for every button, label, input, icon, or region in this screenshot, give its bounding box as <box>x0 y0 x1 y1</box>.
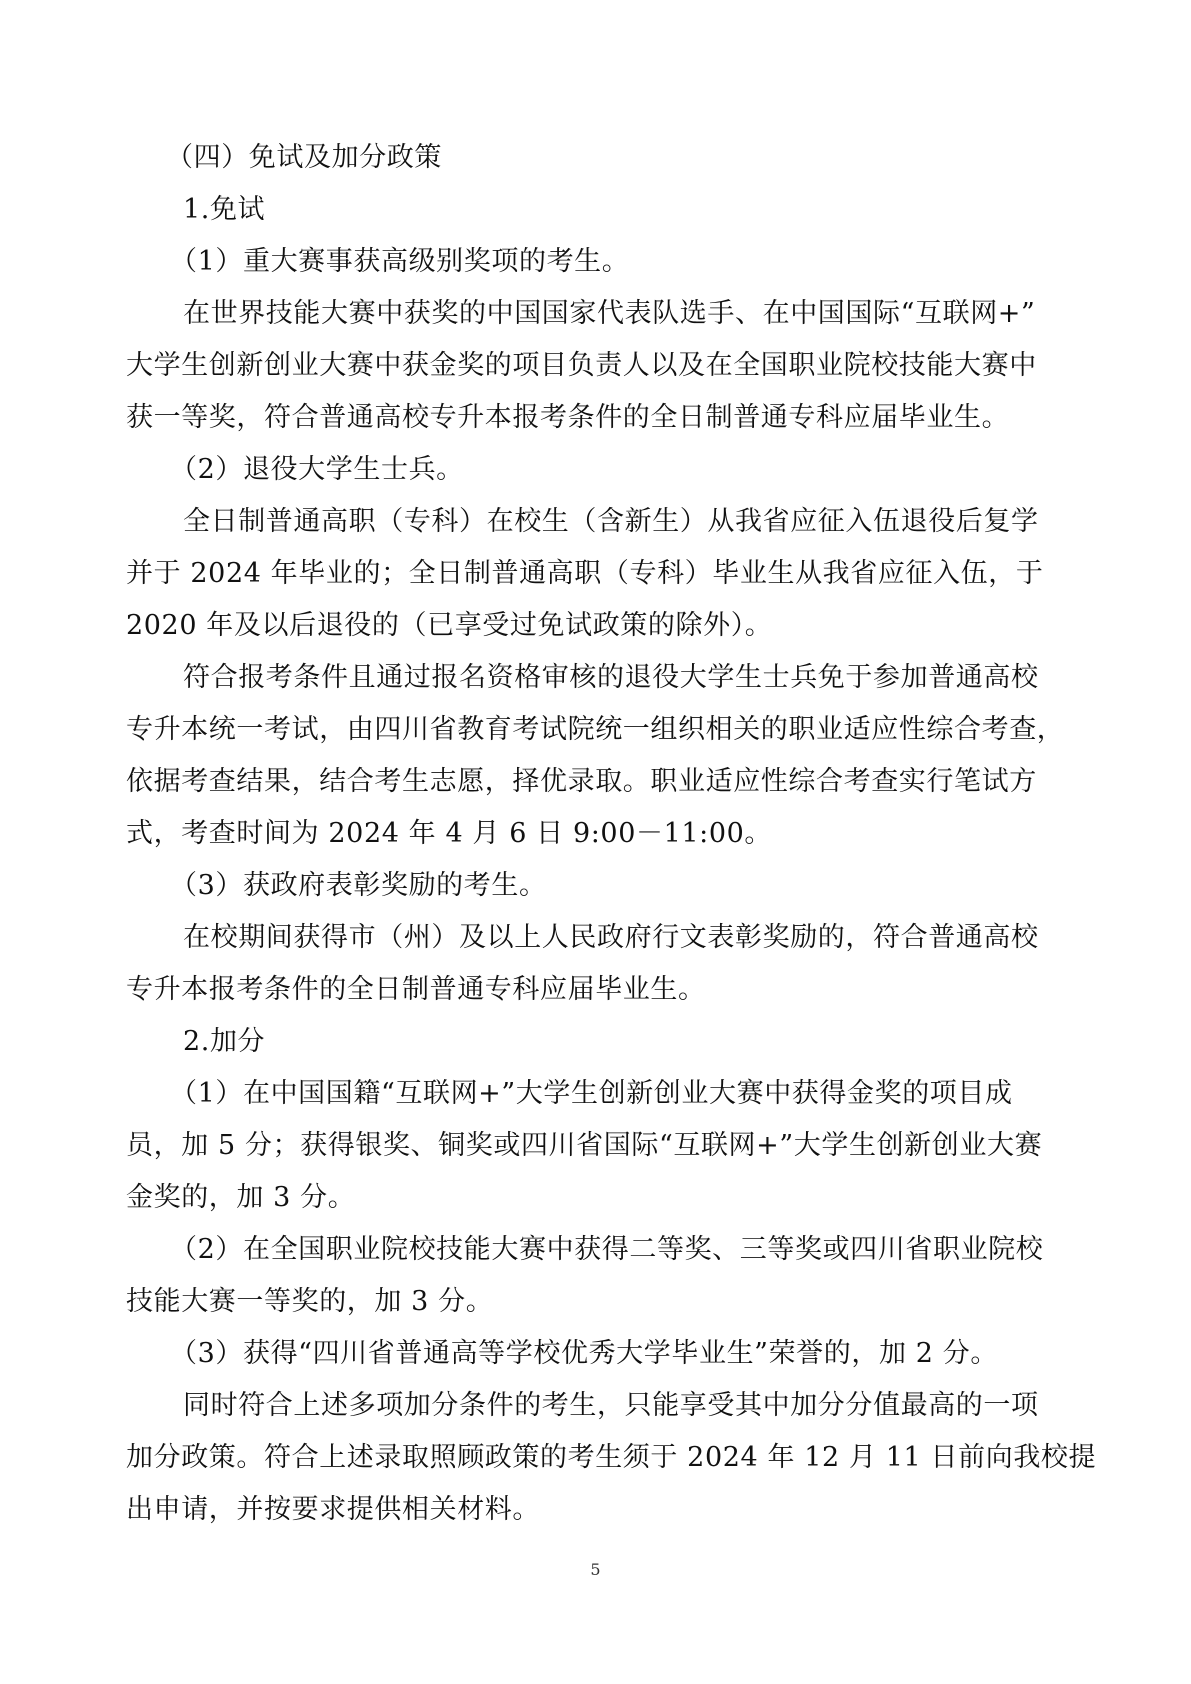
paragraph-line: 在校期间获得市（州）及以上人民政府行文表彰奖励的，符合普通高校 <box>126 912 1066 964</box>
paragraph-line: 加分政策。符合上述录取照顾政策的考生须于 2024 年 12 月 11 日前向我… <box>126 1432 1066 1484</box>
paragraph-line: （3）获得“四川省普通高等学校优秀大学毕业生”荣誉的，加 2 分。 <box>126 1328 1066 1380</box>
exemption-item1-title: （1）重大赛事获高级别奖项的考生。 <box>126 236 1066 288</box>
paragraph-line: 金奖的，加 3 分。 <box>126 1172 1066 1224</box>
paragraph-line: 专升本统一考试，由四川省教育考试院统一组织相关的职业适应性综合考查， <box>126 704 1066 756</box>
bonus-title: 2.加分 <box>126 1016 1066 1068</box>
exemption-item3-title: （3）获政府表彰奖励的考生。 <box>126 860 1066 912</box>
paragraph-line: 全日制普通高职（专科）在校生（含新生）从我省应征入伍退役后复学 <box>126 496 1066 548</box>
exemption-item2-title: （2）退役大学生士兵。 <box>126 444 1066 496</box>
paragraph-line: 大学生创新创业大赛中获金奖的项目负责人以及在全国职业院校技能大赛中 <box>126 340 1066 392</box>
paragraph-line: （2）在全国职业院校技能大赛中获得二等奖、三等奖或四川省职业院校 <box>126 1224 1066 1276</box>
paragraph-line: 出申请，并按要求提供相关材料。 <box>126 1484 1066 1536</box>
paragraph-line: 专升本报考条件的全日制普通专科应届毕业生。 <box>126 964 1066 1016</box>
paragraph-line: 在世界技能大赛中获奖的中国国家代表队选手、在中国国际“互联网+” <box>126 288 1066 340</box>
exemption-title: 1.免试 <box>126 184 1066 236</box>
paragraph-line: 同时符合上述多项加分条件的考生，只能享受其中加分分值最高的一项 <box>126 1380 1066 1432</box>
paragraph-line: 2020 年及以后退役的（已享受过免试政策的除外）。 <box>126 600 1066 652</box>
document-page: （四）免试及加分政策 1.免试 （1）重大赛事获高级别奖项的考生。 在世界技能大… <box>126 132 1066 1536</box>
paragraph-line: 依据考查结果，结合考生志愿，择优录取。职业适应性综合考查实行笔试方 <box>126 756 1066 808</box>
paragraph-line: 获一等奖，符合普通高校专升本报考条件的全日制普通专科应届毕业生。 <box>126 392 1066 444</box>
paragraph-line: 员，加 5 分；获得银奖、铜奖或四川省国际“互联网+”大学生创新创业大赛 <box>126 1120 1066 1172</box>
paragraph-line: 式，考查时间为 2024 年 4 月 6 日 9:00－11:00。 <box>126 808 1066 860</box>
paragraph-line: （1）在中国国籍“互联网+”大学生创新创业大赛中获得金奖的项目成 <box>126 1068 1066 1120</box>
paragraph-line: 并于 2024 年毕业的；全日制普通高职（专科）毕业生从我省应征入伍，于 <box>126 548 1066 600</box>
section-heading: （四）免试及加分政策 <box>126 132 1066 184</box>
paragraph-line: 符合报考条件且通过报名资格审核的退役大学生士兵免于参加普通高校 <box>126 652 1066 704</box>
page-number: 5 <box>0 1560 1191 1579</box>
paragraph-line: 技能大赛一等奖的，加 3 分。 <box>126 1276 1066 1328</box>
